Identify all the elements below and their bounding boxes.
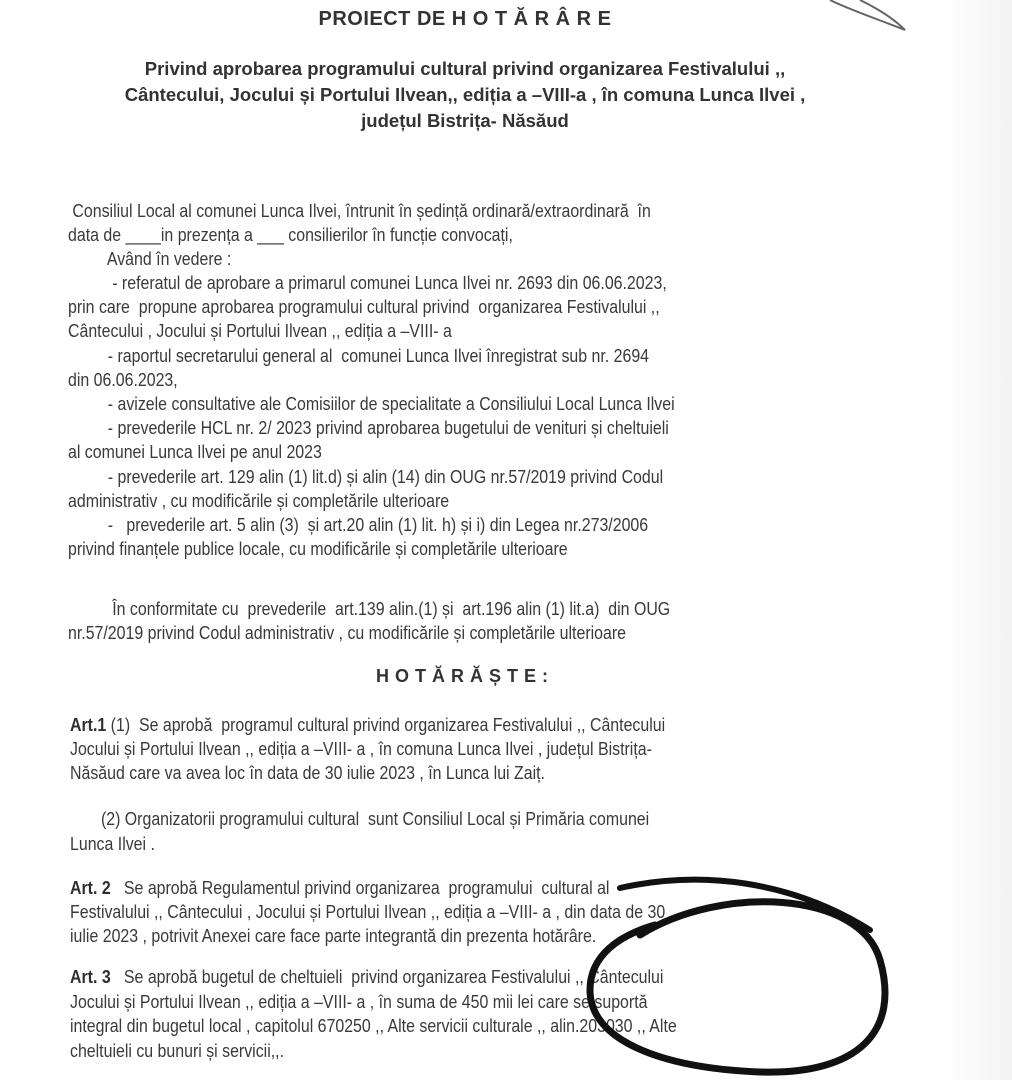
preamble-line: - prevederile art. 129 alin (1) lit.d) ș… — [68, 466, 663, 488]
preamble-line: al comunei Lunca Ilvei pe anul 2023 — [68, 441, 322, 463]
preamble-line: Cântecului , Jocului și Portului Ilvean … — [68, 320, 452, 342]
article-2-label: Art. 2 — [70, 877, 111, 898]
article-1-line-2: Jocului și Portului Ilvean ,, ediția a –… — [70, 738, 652, 760]
article-1-text: (1) Se aprobă programul cultural privind… — [106, 714, 665, 735]
subtitle-line-1: Privind aprobarea programului cultural p… — [0, 57, 930, 81]
preamble-line: din 06.06.2023, — [68, 369, 178, 391]
article-3-line-2: Jocului și Portului Ilvean ,, ediția a –… — [70, 991, 647, 1013]
preamble-line: Consiliul Local al comunei Lunca Ilvei, … — [68, 200, 651, 222]
preamble-line: - raportul secretarului general al comun… — [68, 345, 649, 367]
article-3-text: Se aprobă bugetul de cheltuieli privind … — [111, 966, 664, 987]
conformity-line-1: În conformitate cu prevederile art.139 a… — [68, 598, 670, 620]
document-page: PROIECT DE H O T Ă R Â R E Privind aprob… — [0, 0, 1012, 1080]
preamble-line: data de ____in prezența a ___ consilieri… — [68, 224, 513, 246]
article-2-line-1: Art. 2 Se aprobă Regulamentul privind or… — [70, 877, 609, 899]
preamble-line: administrativ , cu modificările și compl… — [68, 490, 449, 512]
document-title: PROIECT DE H O T Ă R Â R E — [0, 8, 930, 31]
article-1-para2-line-1: (2) Organizatorii programului cultural s… — [70, 808, 649, 830]
preamble-line: prin care propune aprobarea programului … — [68, 296, 660, 318]
subtitle-line-3: județul Bistrița- Năsăud — [0, 109, 930, 133]
decides-heading: HOTĂRĂȘTE: — [0, 666, 930, 687]
article-2-text: Se aprobă Regulamentul privind organizar… — [111, 877, 610, 898]
article-3-line-3: integral din bugetul local , capitolul 6… — [70, 1015, 677, 1037]
conformity-line-2: nr.57/2019 privind Codul administrativ ,… — [68, 622, 626, 644]
subtitle-line-2: Cântecului, Jocului și Portului Ilvean,,… — [0, 83, 930, 107]
article-1-para2-line-2: Lunca Ilvei . — [70, 833, 155, 855]
preamble-line: Având în vedere : — [68, 248, 231, 270]
article-1-label: Art.1 — [70, 714, 106, 735]
article-3-line-4: cheltuieli cu bunuri și servicii,,. — [70, 1040, 284, 1062]
preamble-line: privind finanțele publice locale, cu mod… — [68, 538, 568, 560]
article-3-label: Art. 3 — [70, 966, 111, 987]
preamble-line: - prevederile art. 5 alin (3) și art.20 … — [68, 514, 648, 536]
article-3-line-1: Art. 3 Se aprobă bugetul de cheltuieli p… — [70, 966, 663, 988]
article-2-line-3: iulie 2023 , potrivit Anexei care face p… — [70, 925, 596, 947]
article-1-line-1: Art.1 (1) Se aprobă programul cultural p… — [70, 714, 665, 736]
article-2-line-2: Festivalului ,, Cântecului , Jocului și … — [70, 901, 665, 923]
preamble-line: - avizele consultative ale Comisiilor de… — [68, 393, 675, 415]
article-1-line-3: Năsăud care va avea loc în data de 30 iu… — [70, 762, 545, 784]
preamble-line: - referatul de aprobare a primarul comun… — [68, 272, 667, 294]
preamble-line: - prevederile HCL nr. 2/ 2023 privind ap… — [68, 417, 669, 439]
